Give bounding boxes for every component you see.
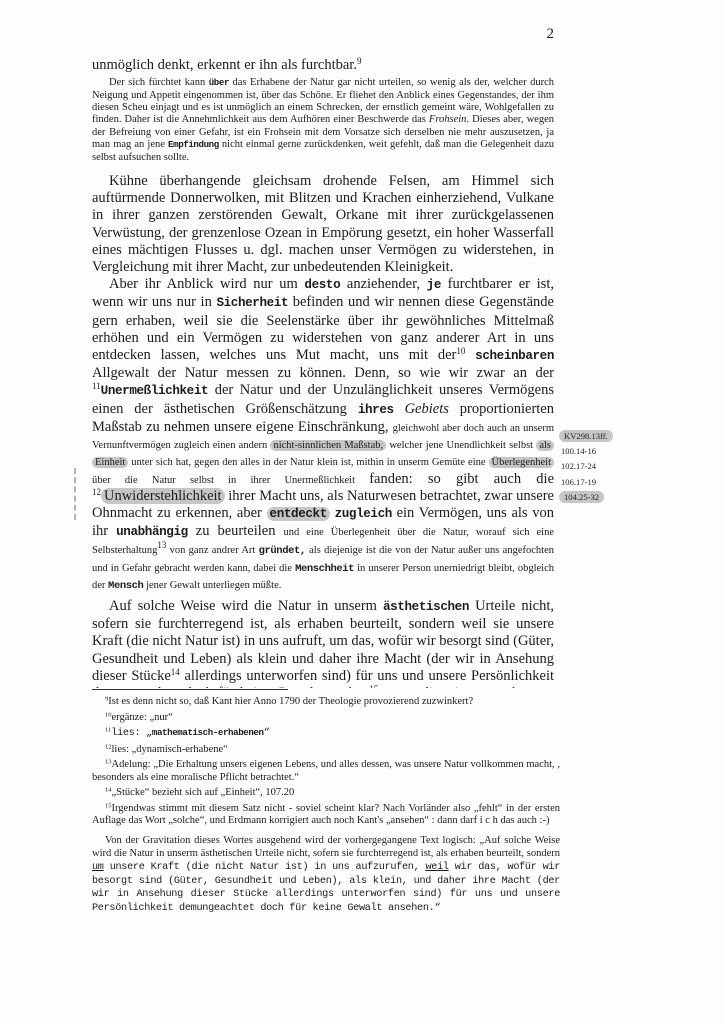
footnote-text: Ist es denn nicht so, daß Kant hier Anno… bbox=[108, 696, 473, 707]
page-number: 2 bbox=[92, 26, 554, 43]
text-run: 11 bbox=[92, 382, 101, 392]
text-run: über bbox=[209, 77, 229, 88]
text-run: Sicherheit bbox=[216, 296, 288, 310]
text-run: unabhängig bbox=[116, 525, 188, 539]
text-run: Gebiets bbox=[405, 401, 449, 417]
text-run: welcher jene Unendlichkeit selbst bbox=[386, 440, 536, 451]
text-run: 12 bbox=[92, 487, 101, 497]
text-run: über die Natur selbst in ihrer Unermeßli… bbox=[92, 475, 369, 486]
text-run: um bbox=[92, 862, 104, 873]
text-run: Empfindung bbox=[168, 139, 219, 150]
footnote-text: „Stücke“ bezieht sich auf „Einheit“, 107… bbox=[112, 787, 295, 798]
text-run: Der sich fürchtet kann bbox=[109, 77, 209, 88]
text-run: zugleich bbox=[335, 507, 392, 521]
text-run: ästhetischen bbox=[383, 600, 469, 614]
text-run: unter sich hat, gegen den alles in der N… bbox=[128, 457, 488, 468]
text-run: desto bbox=[304, 278, 340, 292]
footnote-text: ergänze: „nur“ bbox=[112, 712, 173, 723]
margin-note: 100.14-16 bbox=[559, 445, 598, 457]
text-run: unmöglich denkt, erkennt er ihn als furc… bbox=[92, 57, 357, 73]
text-run: Von der Gravitation dieses Wortes ausgeh… bbox=[92, 835, 560, 859]
text-run: Frohsein bbox=[429, 114, 467, 125]
margin-note: KV298.13ff. bbox=[559, 430, 613, 442]
footnote: 12lies: „dynamisch-erhabene“ bbox=[92, 744, 560, 756]
text-run: Ist es denn nicht so, daß Kant hier Anno… bbox=[108, 696, 473, 707]
text-run: Adelung: „Die Erhaltung unsers eigenen L… bbox=[92, 759, 560, 782]
text-run: Überlegenheit bbox=[489, 457, 554, 468]
margin-note: 102.17-24 bbox=[559, 460, 598, 472]
quote-marker-dashed-line bbox=[74, 468, 76, 520]
text-run: 9 bbox=[357, 56, 362, 66]
text-run: nicht-sinnlichen Maßstab, bbox=[270, 440, 386, 451]
text-run: von ganz andrer Art bbox=[166, 545, 258, 556]
text-run: Unwiderstehlichkeit bbox=[101, 488, 225, 504]
text-run: 14 bbox=[171, 667, 180, 677]
text-run: ergänze: „nur“ bbox=[112, 712, 173, 723]
text-run: je bbox=[427, 278, 441, 292]
paragraph-small-quote: Der sich fürchtet kann über das Erhabene… bbox=[92, 77, 554, 164]
footnote-rule bbox=[92, 689, 288, 690]
text-run: Auf solche Weise wird die Natur in unser… bbox=[109, 598, 383, 614]
text-run: Allgewalt der Natur messen zu können. De… bbox=[92, 365, 554, 381]
text-run: Unermeßlichkeit bbox=[101, 384, 209, 398]
text-run: gründet, bbox=[259, 545, 306, 557]
text-run: 13 bbox=[157, 540, 166, 550]
margin-note: 106.17-19 bbox=[559, 476, 598, 488]
commentary-paragraph: Von der Gravitation dieses Wortes ausgeh… bbox=[92, 835, 560, 916]
text-run: Irgendwas stimmt mit diesem Satz nicht -… bbox=[92, 803, 560, 826]
text-run: Menschheit bbox=[295, 563, 354, 575]
text-run: entdeckt bbox=[267, 507, 330, 521]
text-run: jener Gewalt unterliegen müßte. bbox=[143, 580, 281, 591]
text-run: ihres bbox=[358, 403, 394, 417]
text-run: fanden: so gibt auch die bbox=[369, 471, 554, 487]
footnote: 11lies: „mathematisch-erhabenen“ bbox=[92, 727, 560, 740]
main-text-column: unmöglich denkt, erkennt er ihn als furc… bbox=[92, 57, 554, 719]
footnote: 13Adelung: „Die Erhaltung unsers eigenen… bbox=[92, 759, 560, 783]
text-run: “ bbox=[264, 728, 270, 739]
footnote-text: Adelung: „Die Erhaltung unsers eigenen L… bbox=[92, 759, 560, 782]
text-run: weil bbox=[425, 862, 448, 873]
footnote-block: 9Ist es denn nicht so, daß Kant hier Ann… bbox=[92, 688, 560, 916]
footnote: 15Irgendwas stimmt mit diesem Satz nicht… bbox=[92, 803, 560, 827]
footnote: 9Ist es denn nicht so, daß Kant hier Ann… bbox=[92, 696, 560, 708]
margin-note: 104.25-32 bbox=[559, 491, 604, 503]
text-run bbox=[465, 347, 475, 363]
text-run: Aber ihr Anblick wird nur um bbox=[109, 276, 304, 292]
text-run: „Stücke“ bezieht sich auf „Einheit“, 107… bbox=[112, 787, 295, 798]
paragraph-anblick: Aber ihr Anblick wird nur um desto anzie… bbox=[92, 276, 554, 593]
text-run: lies: „dynamisch-erhabene“ bbox=[112, 744, 228, 755]
text-run: 10 bbox=[456, 346, 465, 356]
footnote: 10ergänze: „nur“ bbox=[92, 712, 560, 724]
text-run: Mensch bbox=[108, 580, 143, 592]
footnote: 14„Stücke“ bezieht sich auf „Einheit“, 1… bbox=[92, 787, 560, 799]
text-run: mathematisch-erhabenen bbox=[152, 727, 264, 738]
footnote-text: lies: „mathematisch-erhabenen“ bbox=[111, 727, 269, 738]
margin-notes: KV298.13ff. 100.14-16 102.17-24 106.17-1… bbox=[559, 430, 613, 506]
document-page: 2 unmöglich denkt, erkennt er ihn als fu… bbox=[0, 0, 724, 1024]
text-run: zu beurteilen bbox=[188, 523, 284, 539]
footnote-text: Irgendwas stimmt mit diesem Satz nicht -… bbox=[92, 803, 560, 826]
text-run: anziehender, bbox=[340, 276, 426, 292]
text-run: lies: „ bbox=[111, 728, 152, 739]
text-run: unsere Kraft (die nicht Natur ist) in un… bbox=[110, 862, 420, 873]
text-run: Kühne überhangende gleichsam drohende Fe… bbox=[92, 173, 554, 275]
paragraph-boulders: Kühne überhangende gleichsam drohende Fe… bbox=[92, 173, 554, 276]
text-run: scheinbaren bbox=[475, 349, 554, 363]
paragraph-lead: unmöglich denkt, erkennt er ihn als furc… bbox=[92, 57, 554, 74]
footnote-text: lies: „dynamisch-erhabene“ bbox=[112, 744, 228, 755]
text-run bbox=[394, 401, 405, 417]
